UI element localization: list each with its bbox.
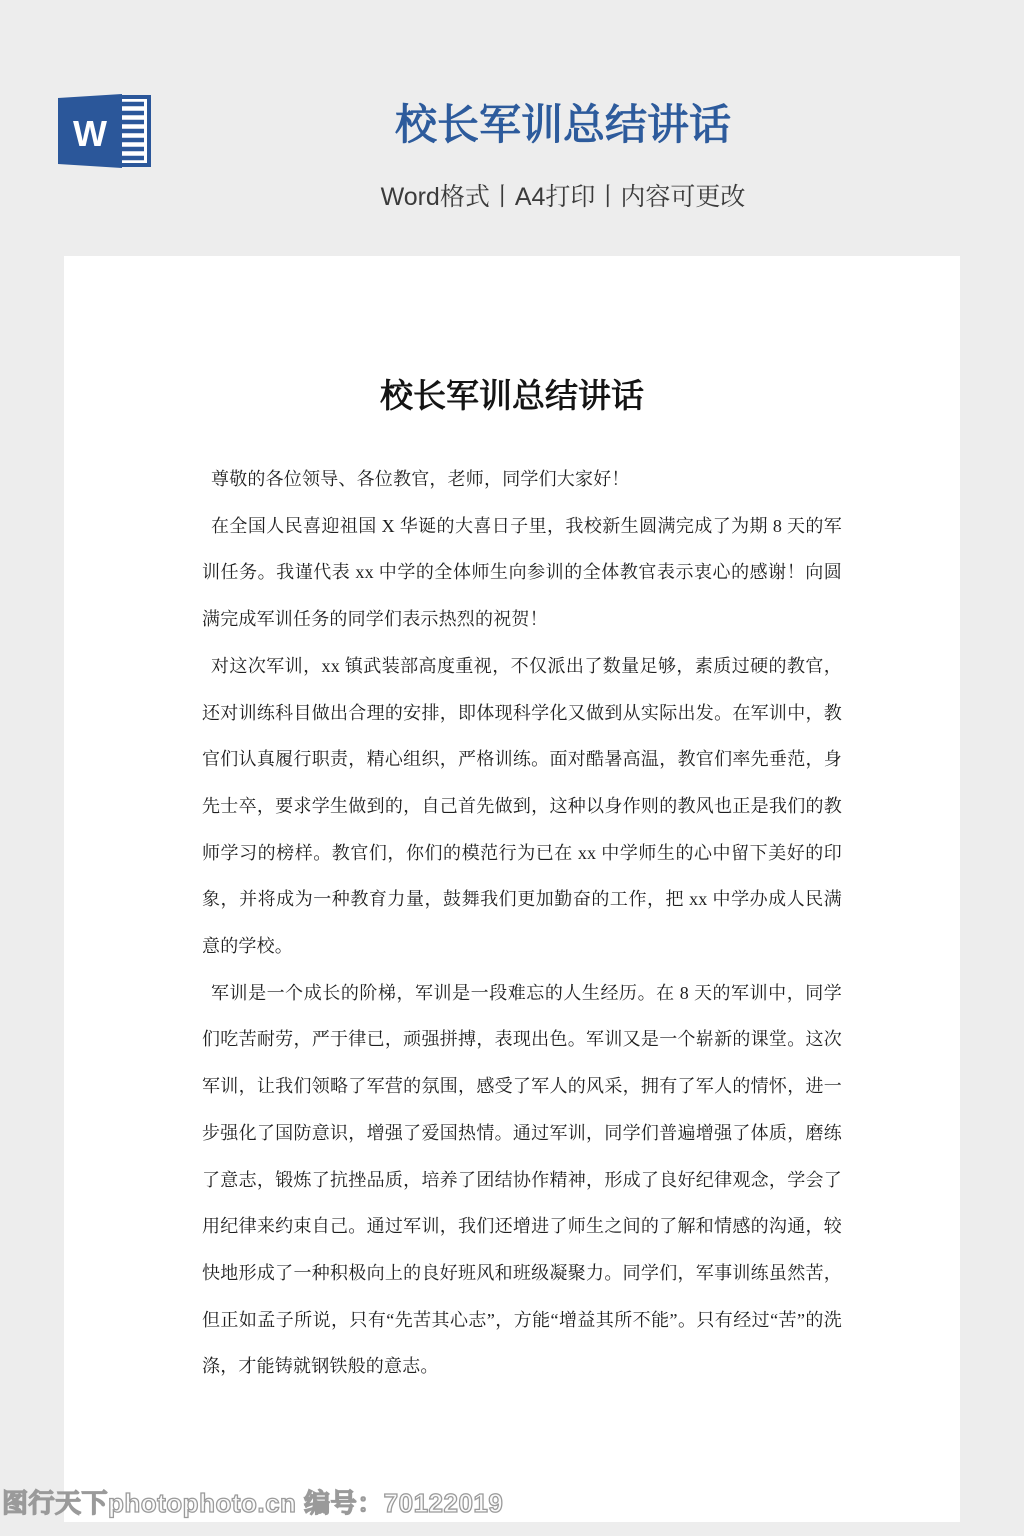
paragraph-intro: 在全国人民喜迎祖国 X 华诞的大喜日子里，我校新生圆满完成了为期 8 天的军训任… bbox=[202, 503, 842, 643]
paragraph-instructors: 对这次军训，xx 镇武装部高度重视，不仅派出了数量足够，素质过硬的教官，还对训练… bbox=[202, 643, 842, 970]
paragraph-students: 军训是一个成长的阶梯，军训是一段难忘的人生经历。在 8 天的军训中，同学们吃苦耐… bbox=[202, 970, 842, 1390]
document-body: 尊敬的各位领导、各位教官，老师，同学们大家好！ 在全国人民喜迎祖国 X 华诞的大… bbox=[202, 456, 842, 1390]
document-page: 校长军训总结讲话 尊敬的各位领导、各位教官，老师，同学们大家好！ 在全国人民喜迎… bbox=[64, 256, 960, 1522]
header-title: 校长军训总结讲话 bbox=[102, 102, 1024, 148]
header-text-block: 校长军训总结讲话 Word格式丨A4打印丨内容可更改 bbox=[0, 102, 1024, 210]
watermark-text: 图行天下photophoto.cn 编号：70122019 bbox=[2, 1488, 503, 1518]
document-title: 校长军训总结讲话 bbox=[64, 256, 960, 420]
header-subtitle: Word格式丨A4打印丨内容可更改 bbox=[102, 184, 1024, 210]
header: W 校长军训总结讲话 Word格式丨A4打印丨内容可更改 bbox=[0, 0, 1024, 256]
page-canvas: W 校长军训总结讲话 Word格式丨A4打印丨内容可更改 校长军训总结讲话 尊敬… bbox=[0, 0, 1024, 1536]
paragraph-greeting: 尊敬的各位领导、各位教官，老师，同学们大家好！ bbox=[202, 456, 842, 503]
